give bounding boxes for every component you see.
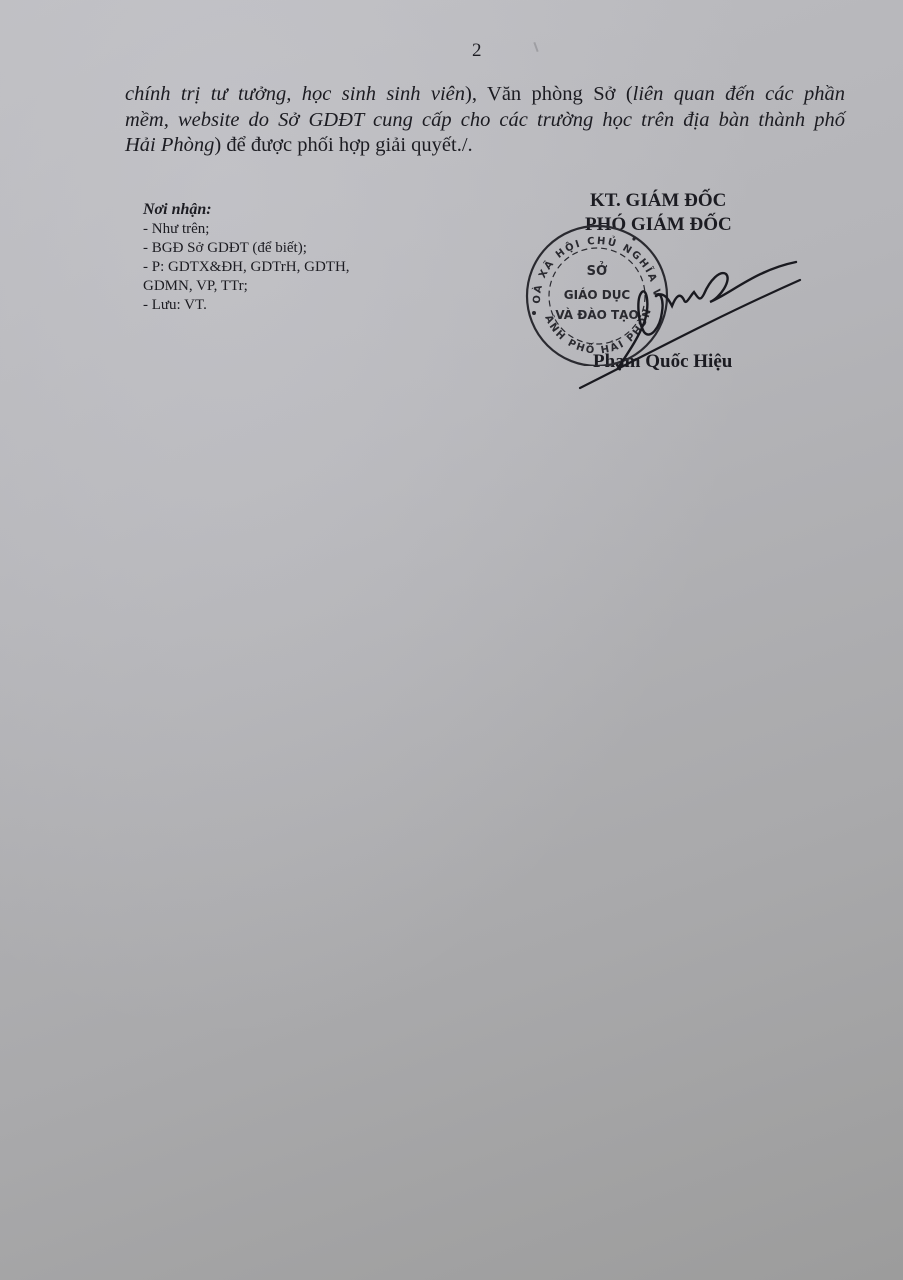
recipient-item: - P: GDTX&ĐH, GDTrH, GDTH,: [143, 258, 403, 277]
italic-text: Hải Phòng: [125, 134, 214, 156]
paragraph-line-1: chính trị tư tưởng, học sinh sinh viên),…: [125, 82, 845, 108]
page-number: 2: [472, 40, 482, 62]
paragraph-line-3: Hải Phòng) để được phối hợp giải quyết./…: [125, 133, 845, 159]
recipients-block: Nơi nhận: - Như trên; - BGĐ Sở GDĐT (để …: [143, 200, 403, 315]
italic-text: mềm, website do Sở GDĐT cung cấp cho các…: [125, 109, 845, 131]
italic-text: liên quan đến các phần: [633, 83, 845, 105]
italic-text: chính trị tư tưởng, học sinh sinh viên: [125, 83, 465, 105]
paper-blemish: [533, 42, 538, 52]
closing-paragraph: chính trị tư tưởng, học sinh sinh viên),…: [125, 82, 845, 159]
recipient-item: GDMN, VP, TTr;: [143, 277, 403, 296]
recipient-item: - Lưu: VT.: [143, 296, 403, 315]
paragraph-line-2: mềm, website do Sở GDĐT cung cấp cho các…: [125, 108, 845, 134]
recipients-heading: Nơi nhận:: [143, 200, 403, 219]
regular-text: ) để được phối hợp giải quyết./.: [214, 134, 472, 156]
recipient-item: - Như trên;: [143, 220, 403, 239]
signer-title-line-1: KT. GIÁM ĐỐC: [590, 190, 726, 212]
regular-text: ), Văn phòng Sở (: [465, 83, 633, 105]
handwritten-signature-icon: [560, 240, 810, 390]
recipient-item: - BGĐ Sở GDĐT (để biết);: [143, 239, 403, 258]
